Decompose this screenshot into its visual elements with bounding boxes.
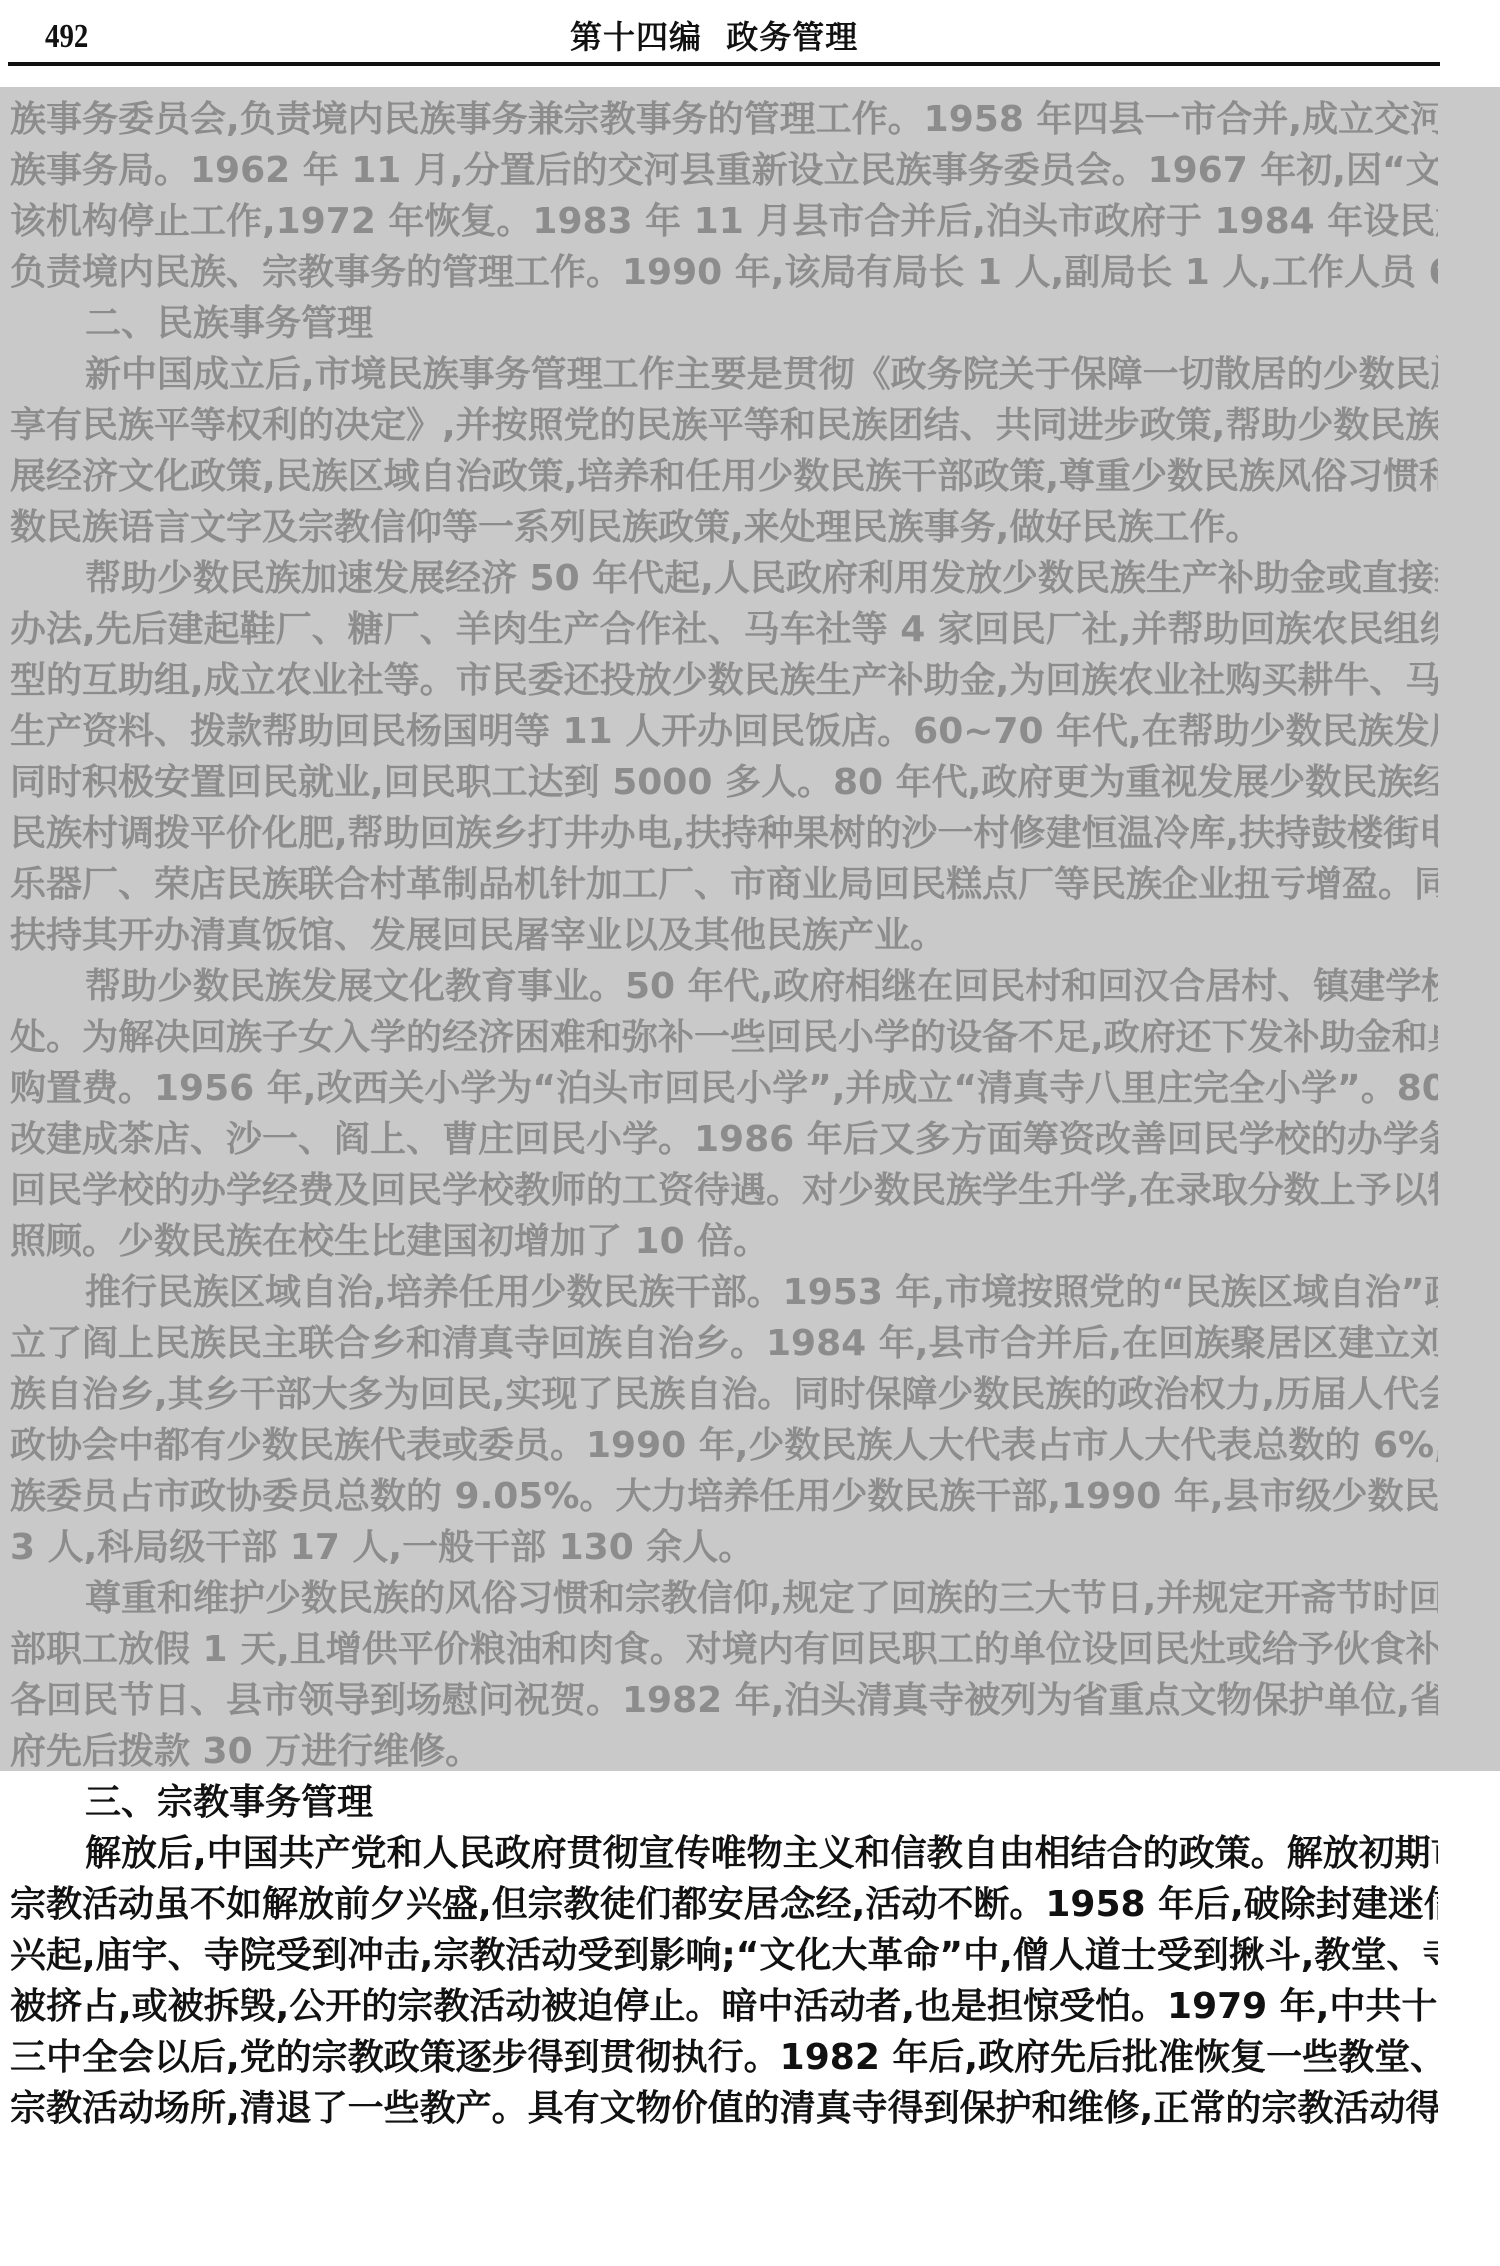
text-line: 购置费。1956 年,改西关小学为“泊头市回民小学”,并成立“清真寺八里庄完全小…: [10, 1063, 1438, 1114]
text-line: 政协会中都有少数民族代表或委员。1990 年,少数民族人大代表占市人大代表总数的…: [10, 1420, 1438, 1471]
text-line: 兴起,庙宇、寺院受到冲击,宗教活动受到影响;“文化大革命”中,僧人道士受到揪斗,…: [10, 1930, 1438, 1981]
text-line: 生产资料、拨款帮助回民杨国明等 11 人开办回民饭店。60~70 年代,在帮助少…: [10, 706, 1438, 757]
text-line: 型的互助组,成立农业社等。市民委还投放少数民族生产补助金,为回族农业社购买耕牛、…: [10, 655, 1438, 706]
text-line: 展经济文化政策,民族区域自治政策,培养和任用少数民族干部政策,尊重少数民族风俗习…: [10, 451, 1438, 502]
text-line: 负责境内民族、宗教事务的管理工作。1990 年,该局有局长 1 人,副局长 1 …: [10, 247, 1438, 298]
text-line: 立了阎上民族民主联合乡和清真寺回族自治乡。1984 年,县市合并后,在回族聚居区…: [10, 1318, 1438, 1369]
text-line: 宗教活动虽不如解放前夕兴盛,但宗教徒们都安居念经,活动不断。1958 年后,破除…: [10, 1879, 1438, 1930]
text-line: 民族村调拨平价化肥,帮助回族乡打井办电,扶持种果树的沙一村修建恒温冷库,扶持鼓楼…: [10, 808, 1438, 859]
section-heading: 三、宗教事务管理: [85, 1777, 1438, 1828]
text-line: 照顾。少数民族在校生比建国初增加了 10 倍。: [10, 1216, 1438, 1267]
page-number: 492: [45, 18, 88, 56]
section-heading: 二、民族事务管理: [85, 298, 1438, 349]
text-line: 族事务委员会,负责境内民族事务兼宗教事务的管理工作。1958 年四县一市合并,成…: [10, 94, 1438, 145]
text-line: 办法,先后建起鞋厂、糖厂、羊肉生产合作社、马车社等 4 家回民厂社,并帮助回族农…: [10, 604, 1438, 655]
text-line: 推行民族区域自治,培养任用少数民族干部。1953 年,市境按照党的“民族区域自治…: [85, 1267, 1438, 1318]
text-line: 扶持其开办清真饭馆、发展回民屠宰业以及其他民族产业。: [10, 910, 1438, 961]
text-line: 回民学校的办学经费及回民学校教师的工资待遇。对少数民族学生升学,在录取分数上予以…: [10, 1165, 1438, 1216]
text-line: 宗教活动场所,清退了一些教产。具有文物价值的清真寺得到保护和维修,正常的宗教活动…: [10, 2083, 1438, 2134]
text-line: 新中国成立后,市境民族事务管理工作主要是贯彻《政务院关于保障一切散居的少数民族成…: [85, 349, 1438, 400]
text-line: 同时积极安置回民就业,回民职工达到 5000 多人。80 年代,政府更为重视发展…: [10, 757, 1438, 808]
header-rule: [8, 62, 1440, 66]
text-line: 解放后,中国共产党和人民政府贯彻宣传唯物主义和信教自由相结合的政策。解放初期市境: [85, 1828, 1438, 1879]
text-line: 族委员占市政协委员总数的 9.05%。大力培养任用少数民族干部,1990 年,县…: [10, 1471, 1438, 1522]
text-line: 帮助少数民族发展文化教育事业。50 年代,政府相继在回民村和回汉合居村、镇建学校…: [85, 961, 1438, 1012]
text-line: 帮助少数民族加速发展经济 50 年代起,人民政府利用发放少数民族生产补助金或直接…: [85, 553, 1438, 604]
text-line: 府先后拨款 30 万进行维修。: [10, 1726, 1438, 1777]
text-line: 处。为解决回族子女入学的经济困难和弥补一些回民小学的设备不足,政府还下发补助金和…: [10, 1012, 1438, 1063]
text-line: 尊重和维护少数民族的风俗习惯和宗教信仰,规定了回族的三大节日,并规定开斋节时回族…: [85, 1573, 1438, 1624]
text-line: 享有民族平等权利的决定》,并按照党的民族平等和民族团结、共同进步政策,帮助少数民…: [10, 400, 1438, 451]
text-line: 各回民节日、县市领导到场慰问祝贺。1982 年,泊头清真寺被列为省重点文物保护单…: [10, 1675, 1438, 1726]
text-line: 数民族语言文字及宗教信仰等一系列民族政策,来处理民族事务,做好民族工作。: [10, 502, 1438, 553]
text-line: 族自治乡,其乡干部大多为回民,实现了民族自治。同时保障少数民族的政治权力,历届人…: [10, 1369, 1438, 1420]
text-line: 该机构停止工作,1972 年恢复。1983 年 11 月县市合并后,泊头市政府于…: [10, 196, 1438, 247]
text-line: 族事务局。1962 年 11 月,分置后的交河县重新设立民族事务委员会。1967…: [10, 145, 1438, 196]
running-title: 第十四编 政务管理: [570, 12, 858, 58]
text-line: 乐器厂、荣店民族联合村革制品机针加工厂、市商业局回民糕点厂等民族企业扭亏增盈。同…: [10, 859, 1438, 910]
text-line: 改建成茶店、沙一、阎上、曹庄回民小学。1986 年后又多方面筹资改善回民学校的办…: [10, 1114, 1438, 1165]
text-line: 被挤占,或被拆毁,公开的宗教活动被迫停止。暗中活动者,也是担惊受怕。1979 年…: [10, 1981, 1438, 2032]
text-line: 部职工放假 1 天,且增供平价粮油和肉食。对境内有回民职工的单位设回民灶或给予伙…: [10, 1624, 1438, 1675]
text-line: 三中全会以后,党的宗教政策逐步得到贯彻执行。1982 年后,政府先后批准恢复一些…: [10, 2032, 1438, 2083]
text-line: 3 人,科局级干部 17 人,一般干部 130 余人。: [10, 1522, 1438, 1573]
